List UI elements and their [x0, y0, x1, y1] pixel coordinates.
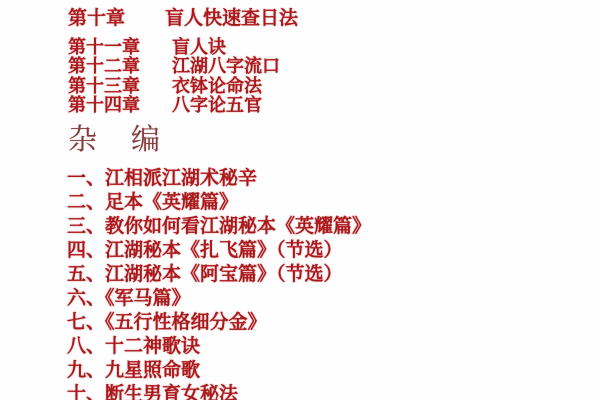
chapter-number: 第十章 [68, 8, 125, 28]
chapter-title: 江湖八字流口 [172, 57, 280, 77]
section-heading-right: 编 [131, 122, 160, 156]
chapter-number: 第十二章 [68, 57, 140, 77]
list-item: 六、《军马篇》 [67, 286, 371, 310]
section-heading: 杂编 [68, 122, 160, 156]
chapter-line: 第十一章 盲人诀 [68, 38, 140, 58]
section-item-list: 一、江相派江湖术秘辛 二、足本《英耀篇》 三、教你如何看江湖秘本《英耀篇》 四、… [67, 166, 371, 400]
chapter-line: 第十四章 八字论五官 [68, 96, 140, 116]
chapter-title: 盲人诀 [172, 38, 226, 58]
chapter-line: 第十二章 江湖八字流口 [68, 57, 140, 77]
list-item: 十、断生男育女秘法 [67, 382, 371, 400]
document-page: 第十章 盲人快速查日法 第十一章 盲人诀 第十二章 江湖八字流口 第十三章 衣钵… [0, 0, 600, 400]
list-item: 七、《五行性格细分金》 [67, 310, 371, 334]
list-item: 一、江相派江湖术秘辛 [67, 166, 371, 190]
list-item: 五、江湖秘本《阿宝篇》（节选） [67, 262, 371, 286]
list-item: 九、九星照命歌 [67, 358, 371, 382]
chapter-number: 第十三章 [68, 77, 140, 97]
chapter-title: 衣钵论命法 [172, 77, 262, 97]
chapter-line: 第十章 盲人快速查日法 [68, 8, 125, 28]
chapter-title: 盲人快速查日法 [165, 8, 298, 28]
list-item: 三、教你如何看江湖秘本《英耀篇》 [67, 214, 371, 238]
chapter-line: 第十三章 衣钵论命法 [68, 77, 140, 97]
chapter-title: 八字论五官 [172, 96, 262, 116]
list-item: 八、十二神歌诀 [67, 334, 371, 358]
list-item: 二、足本《英耀篇》 [67, 190, 371, 214]
chapter-number: 第十一章 [68, 38, 140, 58]
section-heading-left: 杂 [68, 122, 97, 156]
list-item: 四、江湖秘本《扎飞篇》（节选） [67, 238, 371, 262]
chapter-number: 第十四章 [68, 96, 140, 116]
